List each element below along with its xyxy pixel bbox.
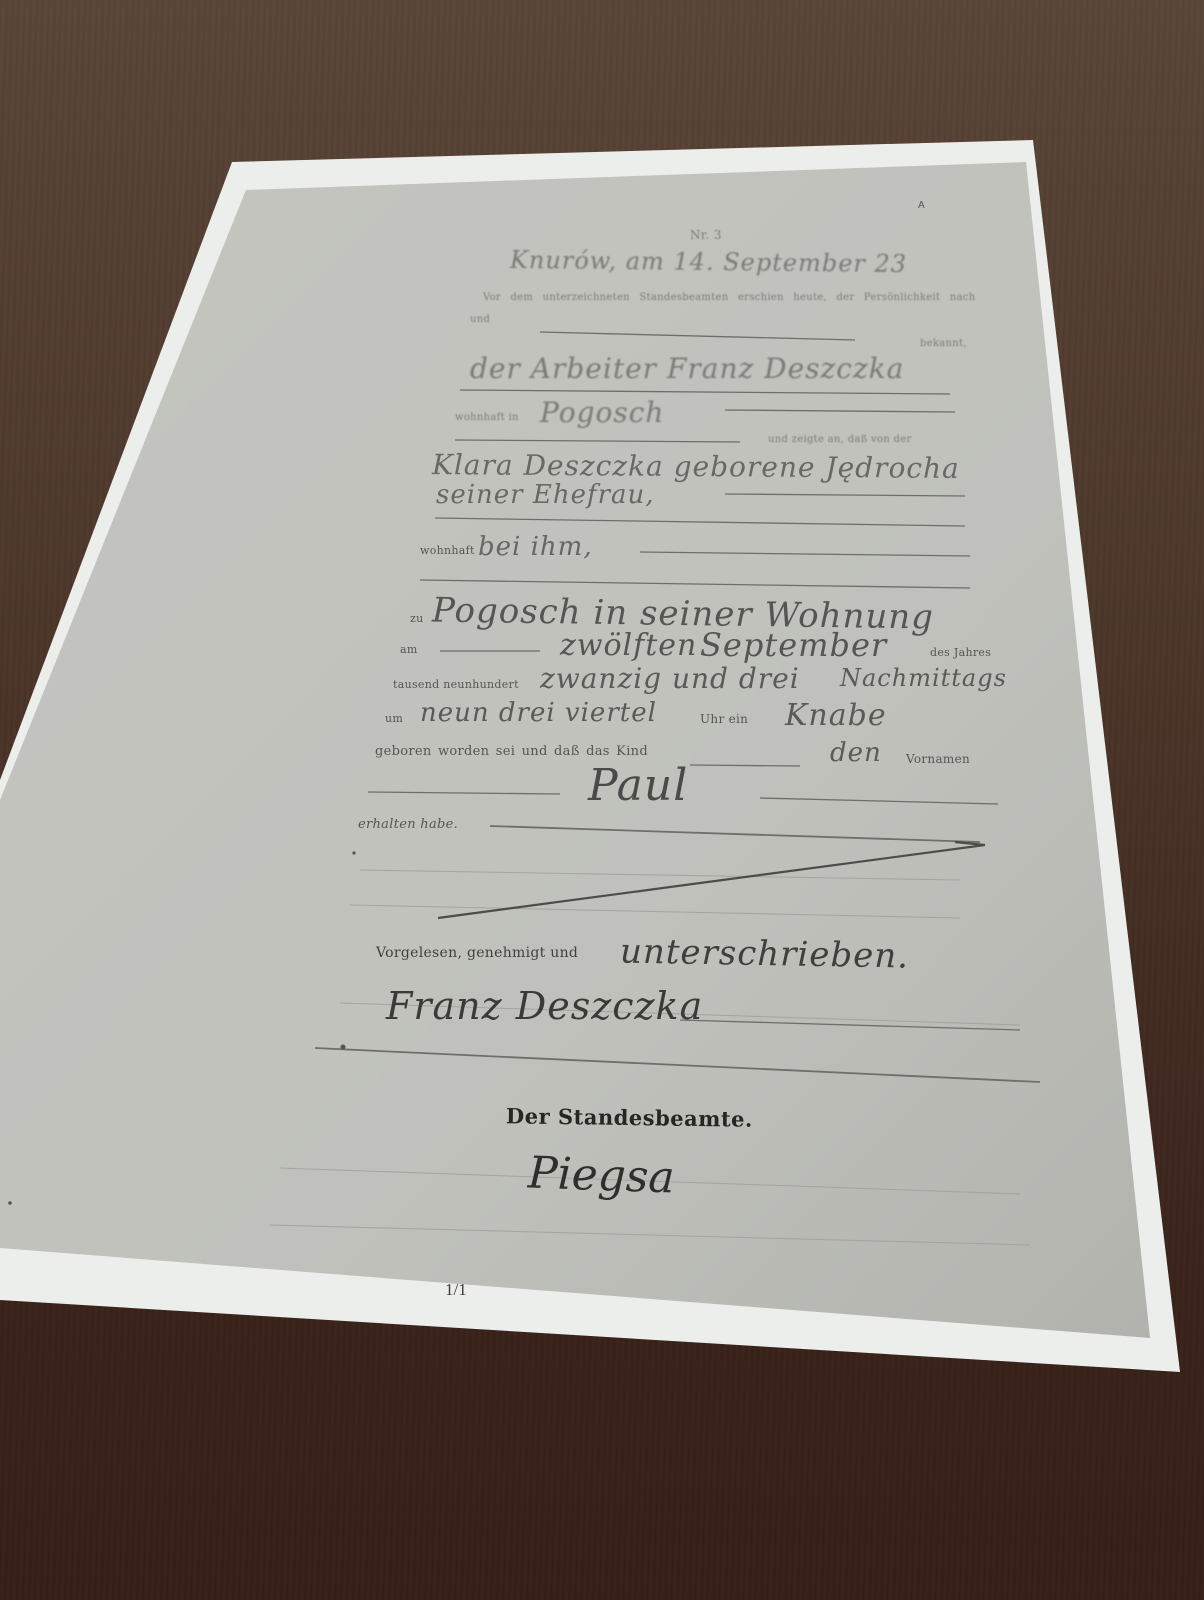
year-prefix: tausend neunhundert bbox=[393, 678, 519, 691]
erhalten-text: erhalten habe. bbox=[358, 817, 458, 832]
time-of-day: Nachmittags bbox=[840, 664, 1007, 692]
declaration-text: und zeigte an, daß von der bbox=[768, 434, 912, 445]
preamble-bekannt: bekannt, bbox=[920, 338, 967, 349]
read-approved-text: Vorgelesen, genehmigt und bbox=[376, 945, 578, 961]
corner-mark: A bbox=[918, 200, 925, 211]
registrar-title: Der Standesbeamte. bbox=[506, 1103, 753, 1131]
child-name: Paul bbox=[588, 760, 688, 811]
mother-relation: seiner Ehefrau, bbox=[436, 480, 655, 510]
preamble-und: und bbox=[470, 314, 490, 325]
born-text: geboren worden sei und daß das Kind bbox=[375, 744, 648, 759]
document-content: A Nr. 3 Knurów, am 14. September 23 Vor … bbox=[0, 0, 1204, 1600]
date-label: am bbox=[400, 643, 418, 656]
registrar-signature: Piegsa bbox=[527, 1147, 675, 1203]
den-text: den bbox=[830, 738, 882, 768]
uhr-ein: Uhr ein bbox=[700, 712, 748, 726]
year-words: zwanzig und drei bbox=[540, 662, 800, 695]
birth-time: neun drei viertel bbox=[420, 698, 657, 728]
preamble-text: Vor dem unterzeichneten Standesbeamten e… bbox=[483, 292, 975, 303]
place-label: zu bbox=[410, 612, 423, 625]
time-label: um bbox=[385, 712, 403, 725]
residence-label: wohnhaft in bbox=[455, 412, 519, 423]
birth-month: September bbox=[700, 626, 887, 664]
mother-residence-value: bei ihm, bbox=[478, 532, 593, 562]
date-suffix: des Jahres bbox=[930, 646, 991, 659]
place-date: Knurów, am 14. September 23 bbox=[510, 246, 907, 278]
informant-name: der Arbeiter Franz Deszczka bbox=[470, 352, 904, 385]
signed-text: unterschrieben. bbox=[620, 931, 910, 976]
vornamen-label: Vornamen bbox=[906, 752, 970, 766]
entry-number: Nr. 3 bbox=[690, 228, 722, 242]
residence-value: Pogosch bbox=[540, 396, 664, 429]
informant-signature: Franz Deszczka bbox=[386, 984, 703, 1028]
child-sex: Knabe bbox=[785, 698, 887, 733]
mother-residence-label: wohnhaft bbox=[420, 544, 475, 557]
page-number: 1/1 bbox=[445, 1280, 467, 1300]
birth-day: zwölften bbox=[560, 628, 697, 663]
